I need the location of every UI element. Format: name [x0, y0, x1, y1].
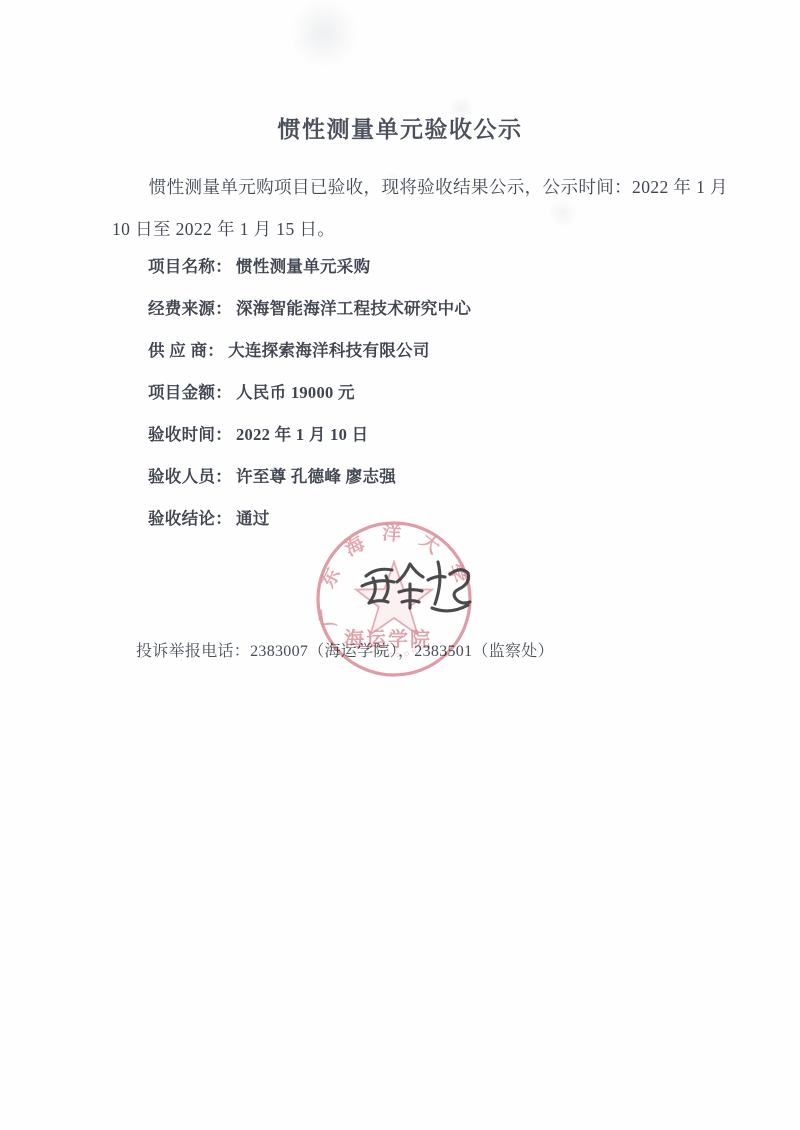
field-value: 人民币 19000 元: [236, 383, 355, 402]
field-supplier: 供 应 商：大连探索海洋科技有限公司: [148, 340, 471, 362]
field-funding-source: 经费来源：深海智能海洋工程技术研究中心: [148, 298, 471, 320]
paragraph-line-2: 10 日至 2022 年 1 月 15 日。: [112, 208, 728, 250]
handwritten-signature: [352, 552, 478, 620]
field-label: 验收人员：: [148, 467, 232, 486]
scanned-document-page: 惯性测量单元验收公示 惯性测量单元购项目已验收，现将验收结果公示，公示时间：20…: [0, 0, 800, 1130]
field-label: 经费来源：: [148, 299, 232, 318]
field-label: 项目金额：: [148, 383, 232, 402]
announcement-paragraph: 惯性测量单元购项目已验收，现将验收结果公示，公示时间：2022 年 1 月 10…: [112, 166, 728, 250]
field-project-name: 项目名称：惯性测量单元采购: [148, 256, 471, 278]
signature-strokes: [352, 552, 478, 620]
field-label: 验收结论：: [148, 509, 232, 528]
field-list: 项目名称：惯性测量单元采购 经费来源：深海智能海洋工程技术研究中心 供 应 商：…: [148, 256, 471, 530]
field-acceptance-date: 验收时间：2022 年 1 月 10 日: [148, 424, 471, 446]
field-label: 项目名称：: [148, 257, 232, 276]
scan-smudge: [288, 0, 360, 68]
field-value: 大连探索海洋科技有限公司: [228, 341, 430, 360]
paragraph-line-1: 惯性测量单元购项目已验收，现将验收结果公示，公示时间：2022 年 1 月: [112, 166, 728, 208]
field-value: 2022 年 1 月 10 日: [236, 425, 368, 444]
field-label: 供 应 商：: [148, 341, 224, 360]
field-project-amount: 项目金额：人民币 19000 元: [148, 382, 471, 404]
field-label: 验收时间：: [148, 425, 232, 444]
field-value: 许至尊 孔德峰 廖志强: [236, 467, 396, 486]
field-value: 惯性测量单元采购: [236, 257, 370, 276]
field-value: 通过: [236, 509, 270, 528]
document-title: 惯性测量单元验收公示: [0, 111, 800, 144]
field-acceptance-staff: 验收人员：许至尊 孔德峰 廖志强: [148, 466, 471, 488]
field-value: 深海智能海洋工程技术研究中心: [236, 299, 471, 318]
